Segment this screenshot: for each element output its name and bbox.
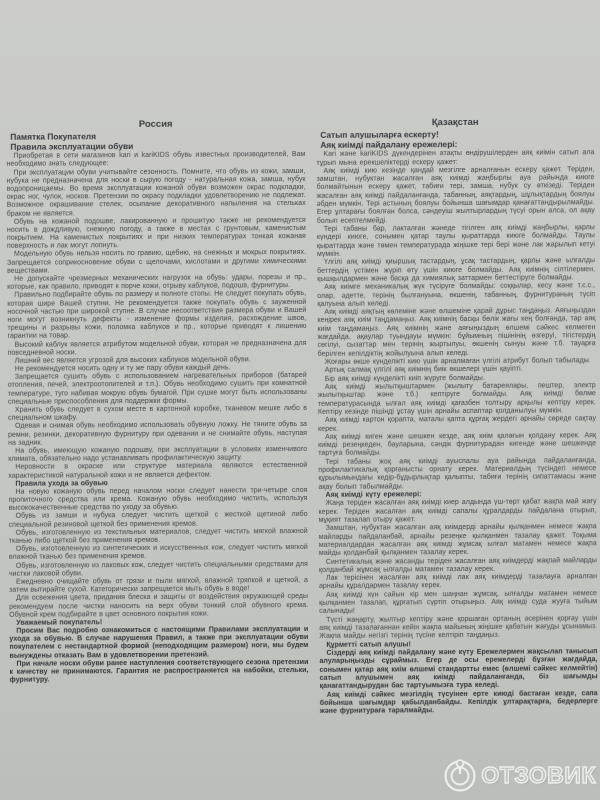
paragraph: Үлгілі аяқ киімді қиыршық тастардың, ұса…	[317, 257, 595, 284]
paragraph: Жаңа теріден жасалған аяқ киімді киер ал…	[319, 499, 597, 526]
paragraph: Түсті жаңарту, жылтыр кептіру және қорша…	[319, 615, 597, 642]
otzovik-logo-icon	[442, 757, 478, 793]
section-heading-or-bold-paragraph: При начале носки обуви ранее наступления…	[9, 659, 308, 685]
paragraph: Обувь, изготовленную из лаковых кож, сле…	[9, 561, 308, 579]
paragraph: Высокий каблук является атрибутом модель…	[8, 339, 307, 357]
paragraph: На новую кожаную обувь перед началом нос…	[8, 487, 307, 513]
paragraph: Правильно подбирайте обувь по размеру и …	[7, 290, 306, 341]
paragraph: Аяқ киімді күн сайын кір мен шаңнан жұмс…	[319, 590, 597, 617]
paragraph: Аяқ киімді картон қорапта, маталы қапта …	[318, 415, 596, 433]
section-heading-or-bold-paragraph: Просим Вас подробно ознакомиться с насто…	[9, 626, 308, 661]
paragraph: Kari және kariKIDS дүкендерінен атақты ө…	[316, 149, 594, 167]
paragraph: Тері табаны жоқ аяқ киімді ауыспалы ауа …	[318, 457, 596, 492]
paragraph: Модельную обувь нельзя носить по гравию,…	[7, 249, 306, 275]
otzovik-watermark: ОТЗОВИК	[442, 757, 596, 793]
country-header-kazakhstan: Қазақстан	[316, 116, 594, 129]
paragraph: Аяқ киімге механикалық жүк түсіруге болм…	[317, 282, 595, 309]
paragraph: Обувь, изготовленную из синтетических и …	[9, 544, 308, 562]
section-heading-or-bold-paragraph: Аяқ киімді сәйкес мезгілдің түсуінен ерт…	[320, 690, 598, 717]
paragraph: Аяқ киімді жылытқыштармен (жылыту батаре…	[318, 382, 596, 417]
paragraph-list-kazakhstan: Kari және kariKIDS дүкендерінен атақты ө…	[316, 149, 597, 716]
paragraph: Синтетикалық және жасанды теріден жасалғ…	[319, 557, 597, 575]
paragraph: Тері табаны бар, лакталған жәнеде тігілг…	[317, 224, 595, 259]
paragraph: Одевая и снимая обувь необходимо использ…	[8, 421, 307, 447]
column-kazakhstan: Қазақстан Сатып алушыларға ескерту! Аяқ …	[316, 116, 598, 716]
paragraph-list-russia: Приобретая в сети магазинов kari и kariK…	[6, 151, 308, 685]
paragraph: Для освежения цвета, придания блеска и з…	[9, 593, 308, 619]
paragraph: Аяқ киімді киген және шешкен кезде, аяқ …	[318, 432, 596, 459]
document-photo: Россия Памятка Покупателя Правила эксплу…	[0, 0, 600, 800]
paragraph: Лак терісінен жасалған аяқ киімді лак ая…	[319, 573, 597, 591]
paragraph: При эксплуатации обуви учитывайте сезонн…	[6, 168, 305, 219]
paragraph: Обувь из замши и нубука следует чистить …	[9, 511, 308, 529]
paragraph: Запрещается сушить обувь с использование…	[8, 372, 307, 407]
paragraph: Приобретая в сети магазинов kari и kariK…	[6, 151, 305, 169]
column-russia: Россия Памятка Покупателя Правила эксплу…	[6, 118, 309, 718]
paragraph: Замштан, нубуктан жасалған аяқ киімдерді…	[319, 523, 597, 558]
country-header-russia: Россия	[6, 118, 305, 131]
paragraph: Неровности в окраске или структуре матер…	[8, 462, 307, 480]
paragraph: Обувь на кожаной подошве, лакированную и…	[7, 217, 306, 252]
paragraph: Аяқ киімді аяқтың көлеміне және өлшеміне…	[317, 307, 595, 359]
doc-title-erezheler: Аяқ киімді пайдалану ережелері:	[316, 139, 594, 150]
paragraph: Аяқ киімді кию кезінде қандай мезгілге а…	[316, 166, 594, 226]
document-content: Россия Памятка Покупателя Правила эксплу…	[6, 116, 598, 718]
otzovik-watermark-text: ОТЗОВИК	[481, 762, 596, 789]
section-heading-or-bold-paragraph: Сіздерді аяқ киімді пайдалану және күту …	[319, 648, 597, 691]
